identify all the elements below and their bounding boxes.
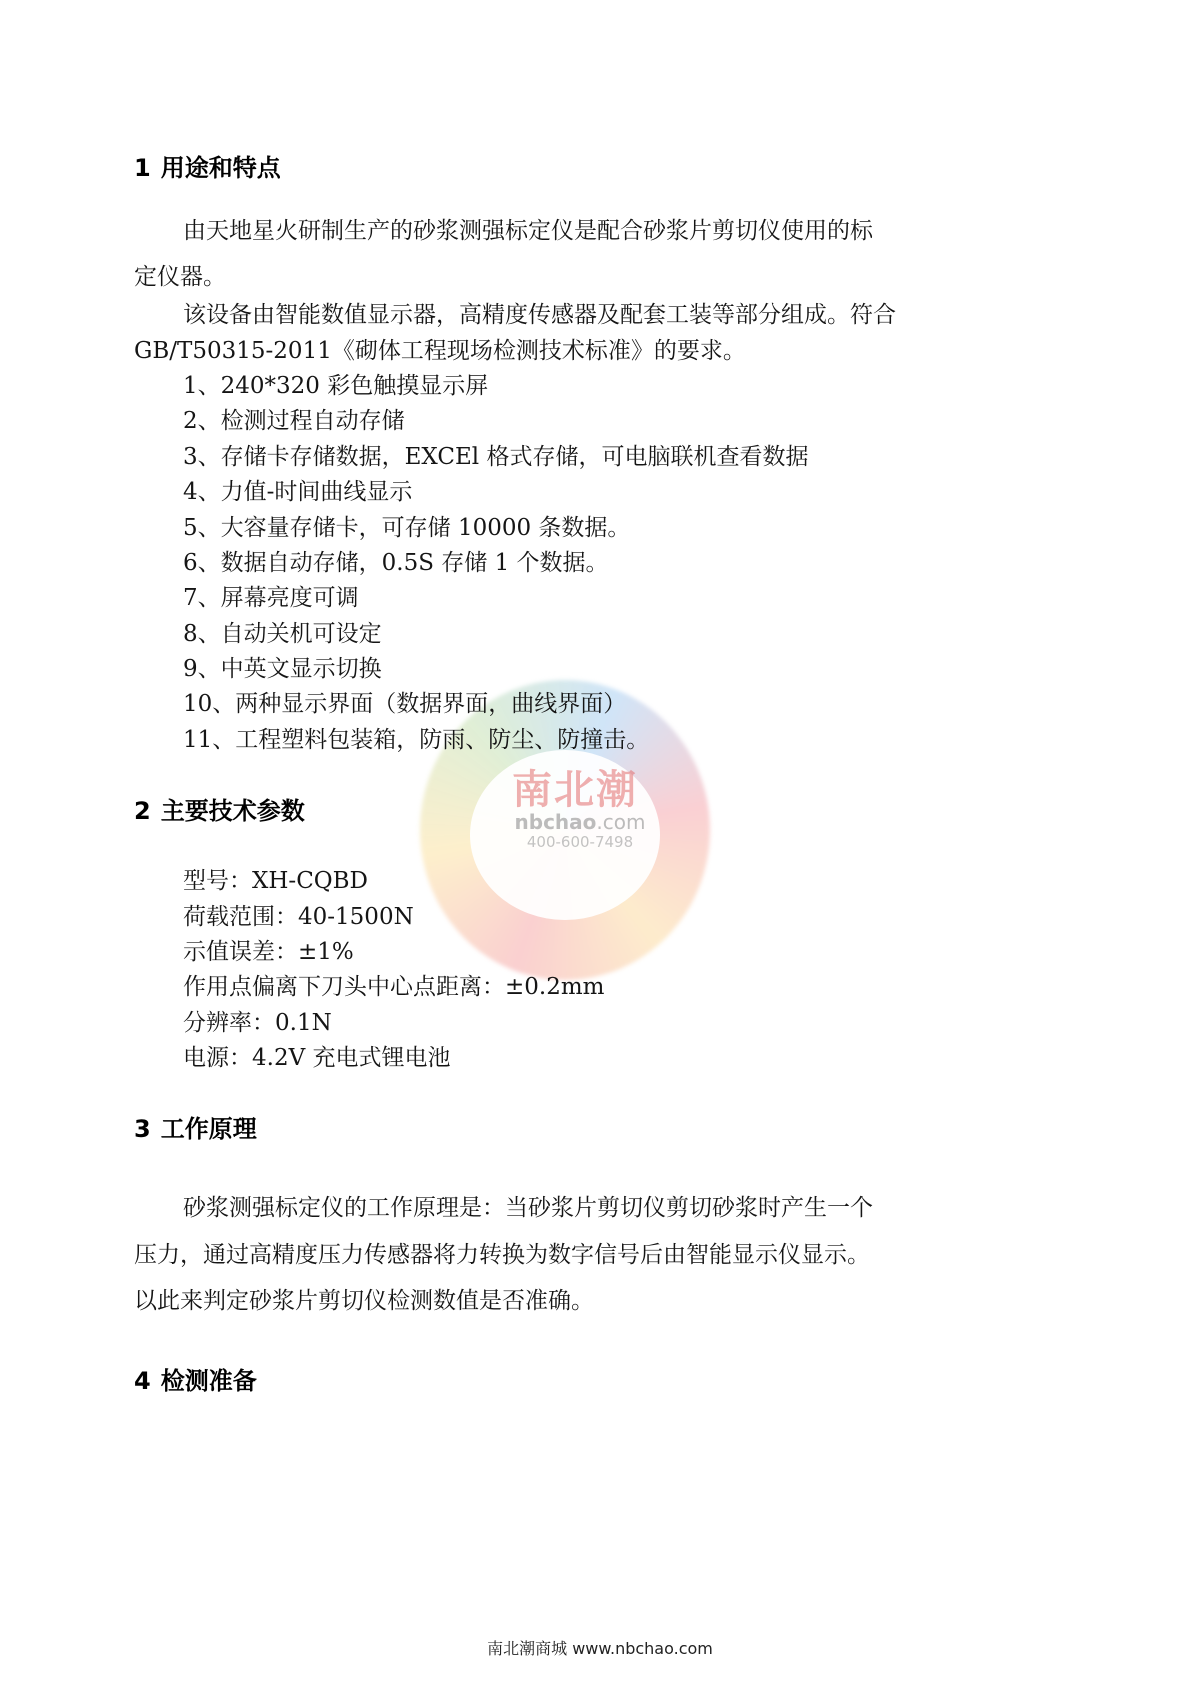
watermark-brand-en: nbchao.com <box>505 810 655 834</box>
section-heading-3: 3工作原理 <box>134 1114 257 1144</box>
feature-item: 10、两种显示界面（数据界面，曲线界面） <box>183 689 626 719</box>
section-title: 主要技术参数 <box>161 797 305 825</box>
spec-item: 电源：4.2V 充电式锂电池 <box>183 1043 451 1073</box>
spec-label: 分辨率： <box>183 1010 275 1036</box>
paragraph-line: 定仪器。 <box>134 262 226 292</box>
spec-value: ±0.2mm <box>505 974 604 1000</box>
spec-value: XH-CQBD <box>252 868 368 894</box>
watermark-center <box>470 750 660 920</box>
spec-item: 分辨率：0.1N <box>183 1008 332 1038</box>
page-footer: 南北潮商城 www.nbchao.com <box>0 1636 1200 1659</box>
spec-item: 荷载范围：40-1500N <box>183 902 414 932</box>
paragraph-line: 压力，通过高精度压力传感器将力转换为数字信号后由智能显示仪显示。 <box>134 1240 870 1270</box>
feature-item: 8、自动关机可设定 <box>183 619 382 649</box>
spec-item: 型号：XH-CQBD <box>183 866 368 896</box>
paragraph-line: 砂浆测强标定仪的工作原理是：当砂浆片剪切仪剪切砂浆时产生一个 <box>183 1193 873 1223</box>
feature-item: 3、存储卡存储数据，EXCEl 格式存储，可电脑联机查看数据 <box>183 442 808 472</box>
paragraph-line: GB/T50315-2011《砌体工程现场检测技术标准》的要求。 <box>134 336 746 366</box>
feature-item: 2、检测过程自动存储 <box>183 406 405 436</box>
section-number: 2 <box>134 797 151 825</box>
watermark-brand-suffix: .com <box>596 810 645 834</box>
section-number: 3 <box>134 1115 151 1143</box>
spec-value: 0.1N <box>275 1010 332 1036</box>
spec-label: 型号： <box>183 868 252 894</box>
feature-item: 4、力值-时间曲线显示 <box>183 477 412 507</box>
spec-label: 作用点偏离下刀头中心点距离： <box>183 974 505 1000</box>
spec-value: ±1% <box>298 939 354 965</box>
spec-value: 4.2V 充电式锂电池 <box>252 1045 451 1071</box>
feature-item: 11、工程塑料包装箱，防雨、防尘、防撞击。 <box>183 725 649 755</box>
section-heading-1: 1用途和特点 <box>134 153 281 183</box>
paragraph-line: 该设备由智能数值显示器，高精度传感器及配套工装等部分组成。符合 <box>183 300 896 330</box>
paragraph-line: 由天地星火研制生产的砂浆测强标定仪是配合砂浆片剪切仪使用的标 <box>183 216 873 246</box>
section-heading-4: 4检测准备 <box>134 1366 257 1396</box>
section-title: 检测准备 <box>161 1367 257 1395</box>
section-title: 用途和特点 <box>161 154 281 182</box>
watermark-brand-cn: 南北潮 <box>510 758 640 815</box>
spec-item: 作用点偏离下刀头中心点距离：±0.2mm <box>183 972 604 1002</box>
section-title: 工作原理 <box>161 1115 257 1143</box>
feature-item: 7、屏幕亮度可调 <box>183 583 359 613</box>
spec-item: 示值误差：±1% <box>183 937 354 967</box>
spec-label: 荷载范围： <box>183 904 298 930</box>
feature-item: 9、中英文显示切换 <box>183 654 382 684</box>
spec-label: 电源： <box>183 1045 252 1071</box>
feature-item: 6、数据自动存储，0.5S 存储 1 个数据。 <box>183 548 609 578</box>
section-number: 1 <box>134 154 151 182</box>
feature-item: 5、大容量存储卡，可存储 10000 条数据。 <box>183 513 630 543</box>
section-heading-2: 2主要技术参数 <box>134 796 305 826</box>
spec-label: 示值误差： <box>183 939 298 965</box>
watermark-phone: 400-600-7498 <box>505 833 655 851</box>
paragraph-line: 以此来判定砂浆片剪切仪检测数值是否准确。 <box>134 1286 594 1316</box>
feature-item: 1、240*320 彩色触摸显示屏 <box>183 371 488 401</box>
spec-value: 40-1500N <box>298 904 414 930</box>
watermark-brand-main: nbchao <box>515 810 597 834</box>
section-number: 4 <box>134 1367 151 1395</box>
